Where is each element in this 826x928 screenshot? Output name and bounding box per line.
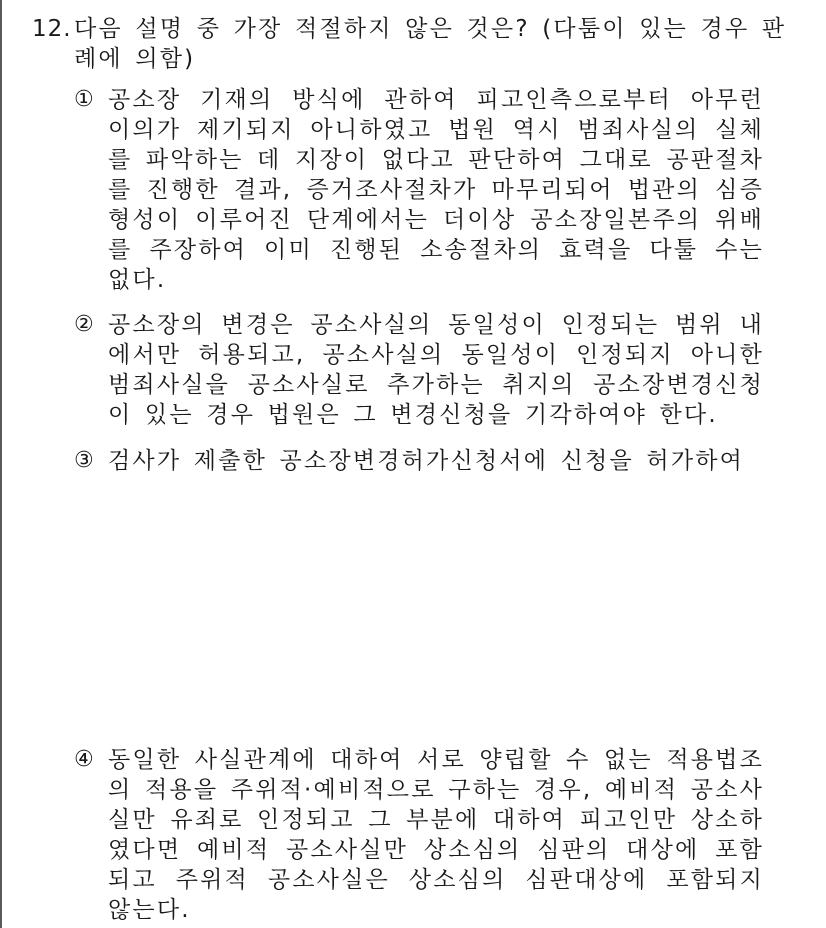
- option-4-text: 동일한 사실관계에 대하여 서로 양립할 수 없는 적용법조의 적용을 주위적·…: [108, 745, 764, 925]
- question-header: 12. 다음 설명 중 가장 적절하지 않은 것은? (다툼이 있는 경우 판례…: [32, 14, 792, 74]
- page-left-border: [0, 0, 2, 928]
- option-3-text: 검사가 제출한 공소장변경허가신청서에 신청을 허가하여: [108, 446, 764, 476]
- option-3[interactable]: ③ 검사가 제출한 공소장변경허가신청서에 신청을 허가하여: [74, 446, 764, 476]
- option-2-marker: ②: [74, 310, 108, 430]
- option-1-marker: ①: [74, 85, 108, 295]
- option-2-text: 공소장의 변경은 공소사실의 동일성이 인정되는 범위 내에서만 허용되고, 공…: [108, 310, 764, 430]
- option-1-text: 공소장 기재의 방식에 관하여 피고인측으로부터 아무런 이의가 제기되지 아니…: [108, 85, 764, 295]
- option-1[interactable]: ① 공소장 기재의 방식에 관하여 피고인측으로부터 아무런 이의가 제기되지 …: [74, 85, 764, 295]
- option-4[interactable]: ④ 동일한 사실관계에 대하여 서로 양립할 수 없는 적용법조의 적용을 주위…: [74, 745, 764, 925]
- option-3-marker: ③: [74, 446, 108, 476]
- option-4-marker: ④: [74, 745, 108, 925]
- option-2[interactable]: ② 공소장의 변경은 공소사실의 동일성이 인정되는 범위 내에서만 허용되고,…: [74, 310, 764, 430]
- question-block: 12. 다음 설명 중 가장 적절하지 않은 것은? (다툼이 있는 경우 판례…: [32, 14, 792, 74]
- question-number: 12.: [32, 14, 74, 74]
- question-stem: 다음 설명 중 가장 적절하지 않은 것은? (다툼이 있는 경우 판례에 의함…: [74, 14, 792, 74]
